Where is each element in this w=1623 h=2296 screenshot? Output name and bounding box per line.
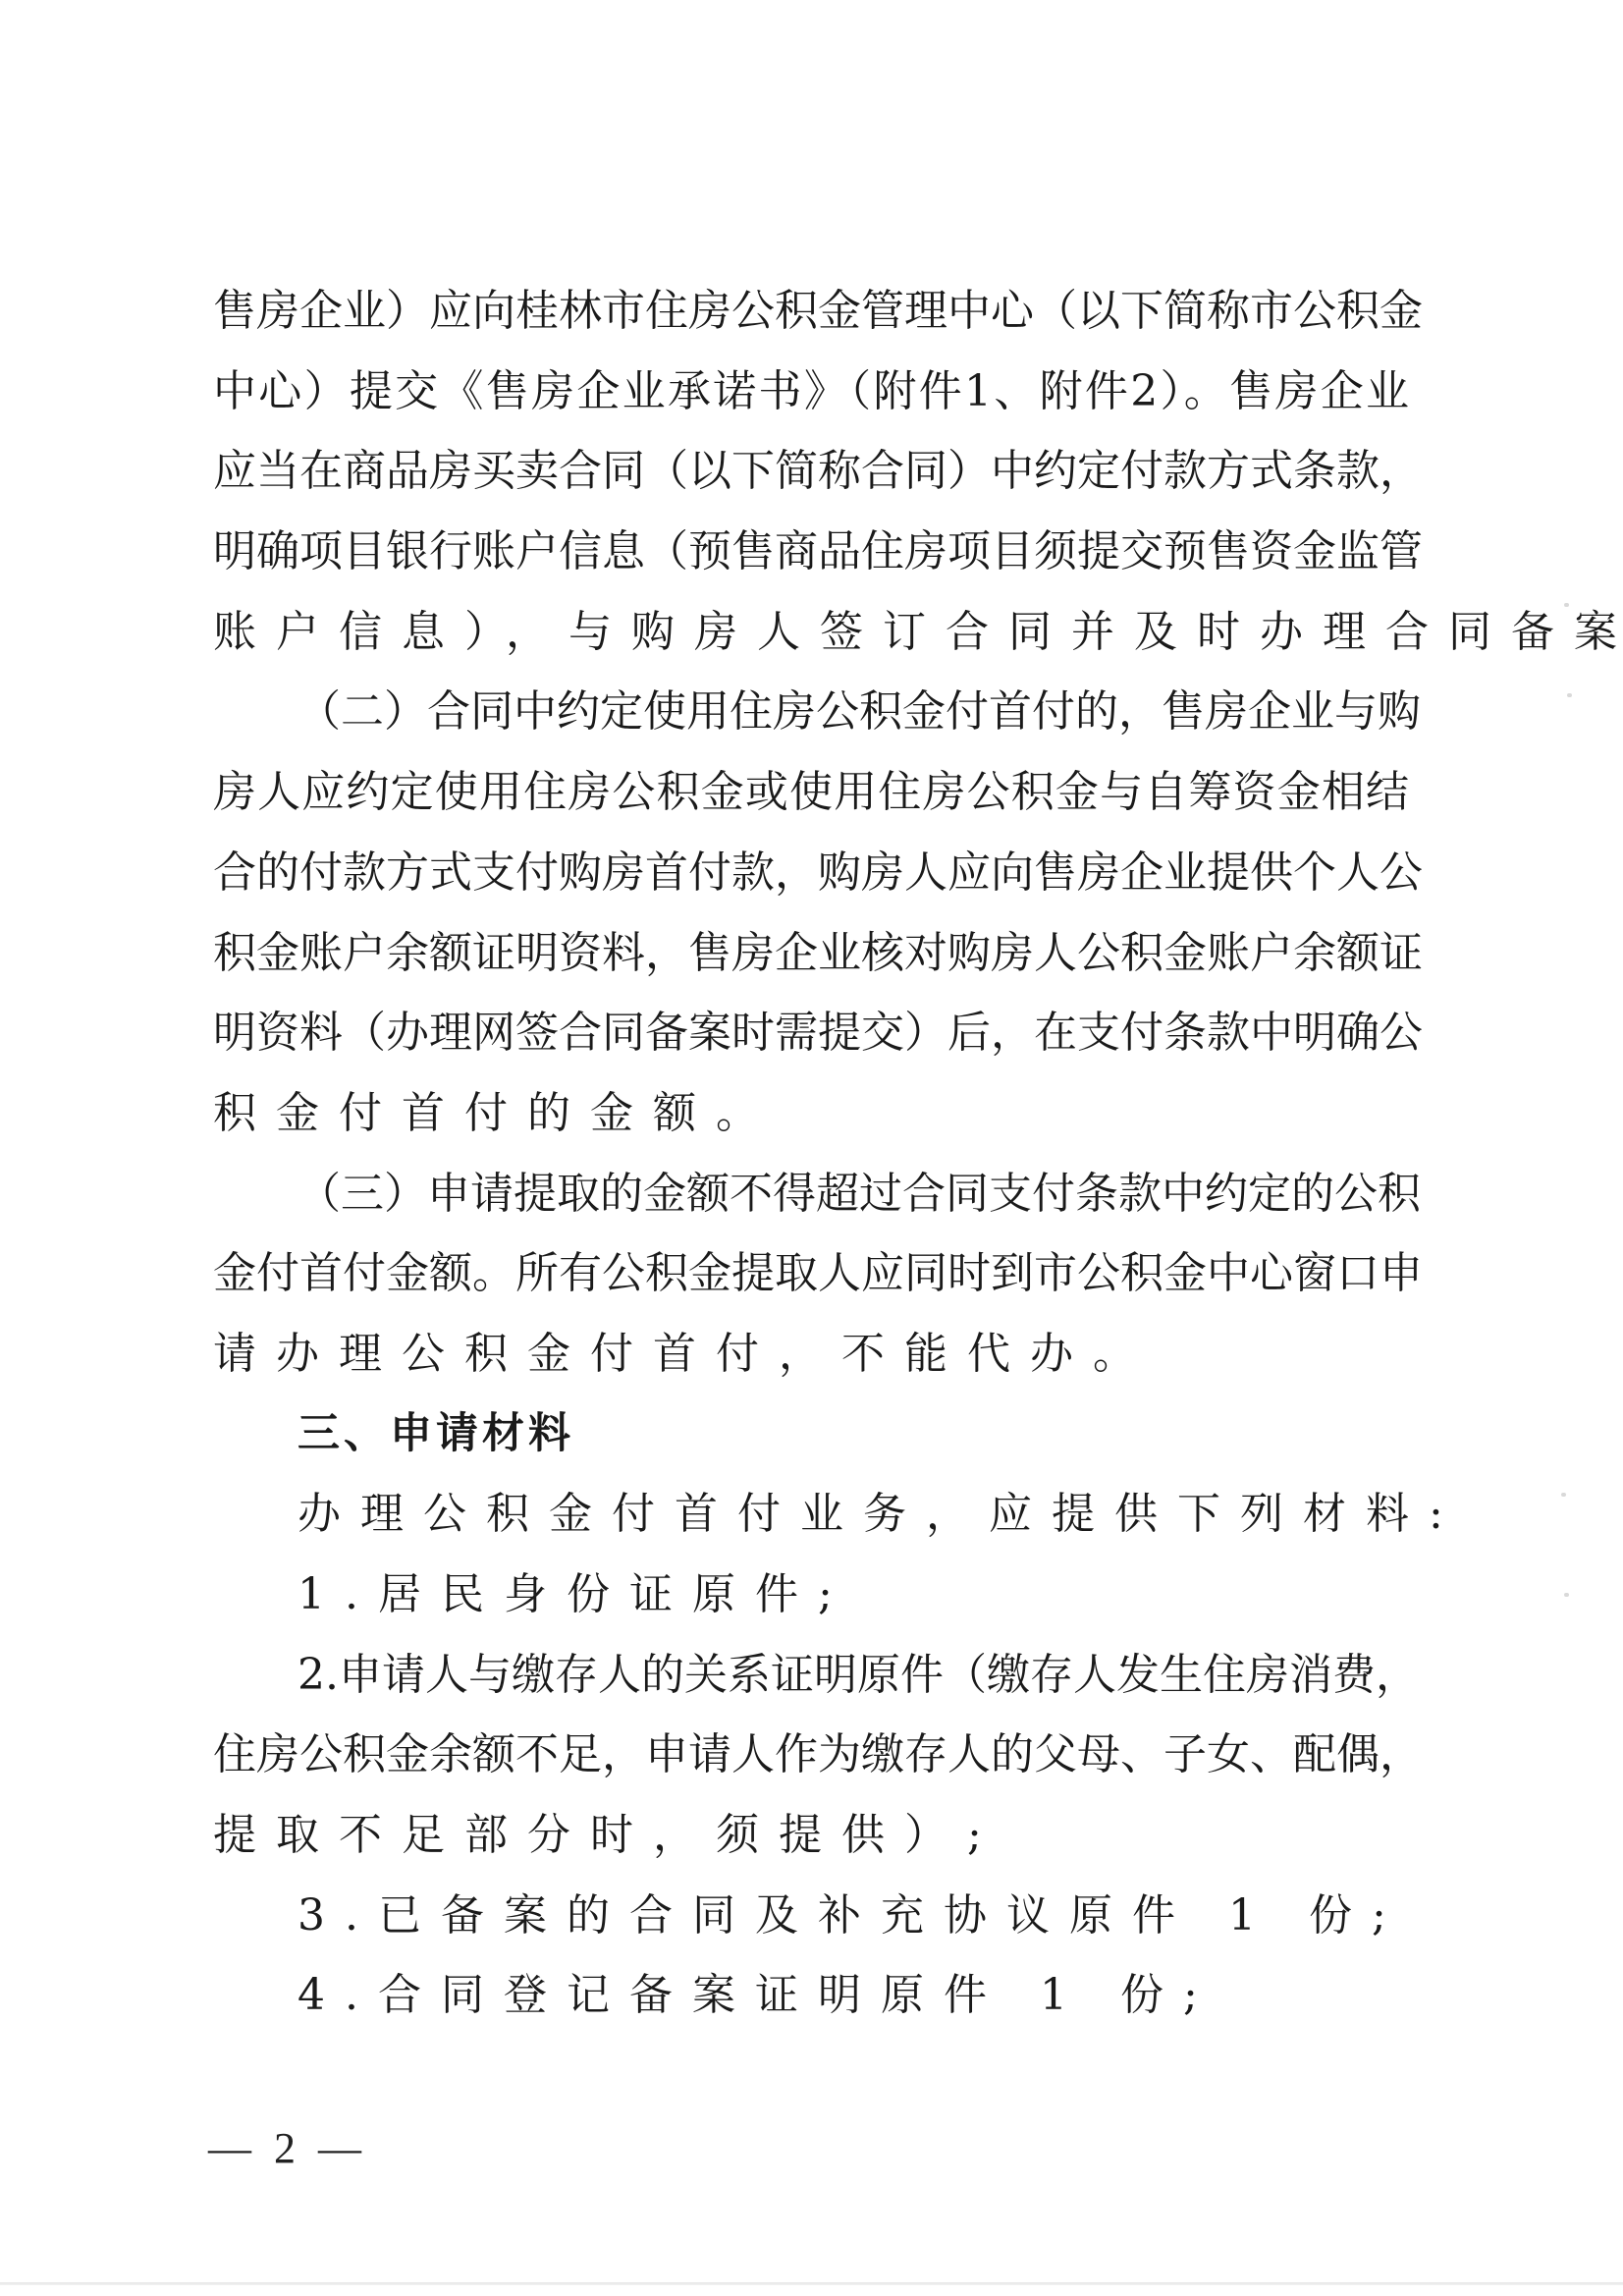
material-item-2-line-1: 2.申请人与缴存人的关系证明原件（缴存人发生住房消费， — [213, 1635, 1409, 1716]
paragraph-2-line-5: 明资料（办理网签合同备案时需提交）后，在支付条款中明确公 — [213, 993, 1409, 1073]
paragraph-2-line-6: 积金付首付的金额。 — [213, 1073, 1409, 1154]
scan-speck — [1561, 1493, 1566, 1497]
scan-speck — [1564, 603, 1569, 607]
paragraph-1-line-5: 账户信息），与购房人签订合同并及时办理合同备案。 — [213, 592, 1409, 673]
paragraph-2-line-3: 合的付款方式支付购房首付款，购房人应向售房企业提供个人公 — [213, 833, 1409, 913]
paragraph-2-line-1: （二）合同中约定使用住房公积金付首付的，售房企业与购 — [213, 672, 1409, 752]
document-page: 售房企业）应向桂林市住房公积金管理中心（以下简称市公积金 中心）提交《售房企业承… — [0, 0, 1623, 2296]
material-item-2-line-3: 提取不足部分时，须提供）; — [213, 1795, 1409, 1876]
material-item-4: 4.合同登记备案证明原件 1 份; — [213, 1955, 1409, 2036]
page-number: — 2 — — [208, 2123, 367, 2174]
paragraph-1-line-3: 应当在商品房买卖合同（以下简称合同）中约定付款方式条款， — [213, 431, 1409, 512]
materials-intro: 办理公积金付首付业务，应提供下列材料: — [213, 1474, 1409, 1555]
document-body: 售房企业）应向桂林市住房公积金管理中心（以下简称市公积金 中心）提交《售房企业承… — [213, 271, 1409, 2036]
paragraph-3-line-3: 请办理公积金付首付，不能代办。 — [213, 1314, 1409, 1394]
paragraph-1-line-2: 中心）提交《售房企业承诺书》（附件1、附件2）。售房企业 — [213, 352, 1409, 432]
paragraph-3-line-2: 金付首付金额。所有公积金提取人应同时到市公积金中心窗口申 — [213, 1233, 1409, 1314]
section-heading: 三、申请材料 — [213, 1394, 1409, 1475]
scan-speck — [1564, 1593, 1569, 1597]
paragraph-3-line-1: （三）申请提取的金额不得超过合同支付条款中约定的公积 — [213, 1154, 1409, 1234]
paragraph-1-line-4: 明确项目银行账户信息（预售商品住房项目须提交预售资金监管 — [213, 512, 1409, 592]
paragraph-1-line-1: 售房企业）应向桂林市住房公积金管理中心（以下简称市公积金 — [213, 271, 1409, 352]
scan-speck — [1567, 693, 1572, 697]
material-item-2-line-2: 住房公积金余额不足，申请人作为缴存人的父母、子女、配偶， — [213, 1715, 1409, 1795]
scan-edge-line — [0, 2282, 1623, 2285]
paragraph-2-line-2: 房人应约定使用住房公积金或使用住房公积金与自筹资金相结 — [213, 752, 1409, 833]
material-item-3: 3.已备案的合同及补充协议原件 1 份; — [213, 1876, 1409, 1956]
material-item-1: 1.居民身份证原件; — [213, 1555, 1409, 1635]
paragraph-2-line-4: 积金账户余额证明资料，售房企业核对购房人公积金账户余额证 — [213, 913, 1409, 994]
